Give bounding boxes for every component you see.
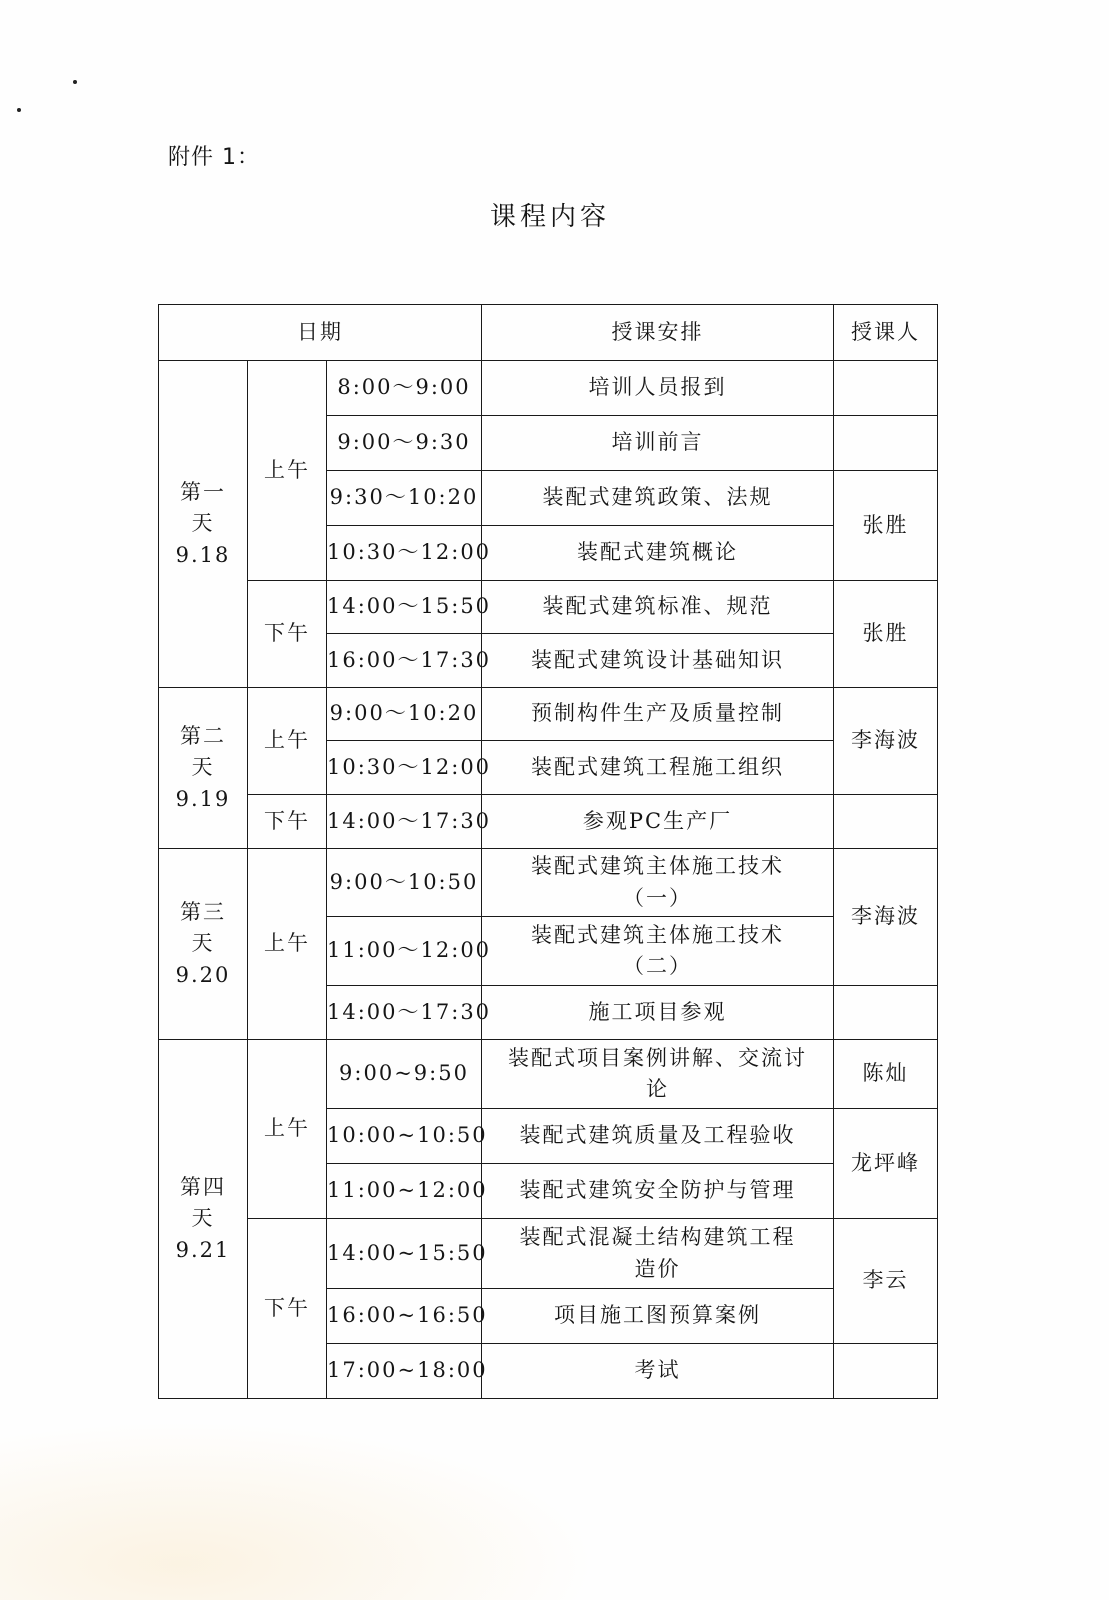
header-arrangement: 授课安排 <box>482 305 834 361</box>
topic-cell: 培训前言 <box>482 416 834 471</box>
period-cell: 上午 <box>248 361 327 581</box>
time-cell: 9:00~9:50 <box>327 1040 482 1109</box>
topic-line: 装配式混凝土结构建筑工程 <box>482 1222 833 1254</box>
teacher-cell <box>834 795 938 849</box>
day-label: 第一 <box>159 477 247 509</box>
topic-line: （二） <box>482 951 833 983</box>
topic-cell: 考试 <box>482 1344 834 1399</box>
header-teacher: 授课人 <box>834 305 938 361</box>
period-cell: 上午 <box>248 1040 327 1219</box>
header-row: 日期 授课安排 授课人 <box>159 305 938 361</box>
topic-line: 装配式建筑主体施工技术 <box>482 920 833 952</box>
day-date: 9.21 <box>159 1235 247 1267</box>
teacher-cell: 张胜 <box>834 581 938 688</box>
time-cell: 10:30～12:00 <box>327 526 482 581</box>
teacher-cell: 张胜 <box>834 471 938 581</box>
period-cell: 上午 <box>248 688 327 795</box>
topic-line: 装配式建筑主体施工技术 <box>482 851 833 883</box>
topic-cell: 装配式建筑主体施工技术 （二） <box>482 917 834 986</box>
day-label: 第四 <box>159 1172 247 1204</box>
teacher-cell: 陈灿 <box>834 1040 938 1109</box>
teacher-cell: 李海波 <box>834 688 938 795</box>
topic-cell: 装配式建筑概论 <box>482 526 834 581</box>
time-cell: 9:30～10:20 <box>327 471 482 526</box>
teacher-cell <box>834 1344 938 1399</box>
teacher-cell <box>834 361 938 416</box>
topic-cell: 装配式混凝土结构建筑工程 造价 <box>482 1219 834 1289</box>
day-date: 9.19 <box>159 784 247 816</box>
day-suffix: 天 <box>159 1203 247 1235</box>
topic-line: 装配式项目案例讲解、交流讨 <box>482 1043 833 1075</box>
header-date: 日期 <box>159 305 482 361</box>
day-cell: 第二 天 9.19 <box>159 688 248 849</box>
time-cell: 9:00～10:20 <box>327 688 482 741</box>
topic-cell: 预制构件生产及质量控制 <box>482 688 834 741</box>
day-label: 第三 <box>159 897 247 929</box>
day-date: 9.18 <box>159 540 247 572</box>
time-cell: 10:30～12:00 <box>327 741 482 795</box>
teacher-cell: 李云 <box>834 1219 938 1344</box>
table-row: 第三 天 9.20 上午 9:00～10:50 装配式建筑主体施工技术 （一） … <box>159 849 938 917</box>
topic-line: 论 <box>482 1074 833 1106</box>
time-cell: 16:00～17:30 <box>327 634 482 688</box>
topic-cell: 项目施工图预算案例 <box>482 1289 834 1344</box>
day-suffix: 天 <box>159 752 247 784</box>
topic-cell: 装配式建筑安全防护与管理 <box>482 1164 834 1219</box>
topic-cell: 培训人员报到 <box>482 361 834 416</box>
time-cell: 17:00~18:00 <box>327 1344 482 1399</box>
period-cell: 下午 <box>248 795 327 849</box>
time-cell: 8:00～9:00 <box>327 361 482 416</box>
attachment-label: 附件 1： <box>168 140 260 171</box>
day-cell: 第四 天 9.21 <box>159 1040 248 1399</box>
table-row: 第四 天 9.21 上午 9:00~9:50 装配式项目案例讲解、交流讨 论 陈… <box>159 1040 938 1109</box>
day-cell: 第一 天 9.18 <box>159 361 248 688</box>
table-row: 下午 14:00～17:30 参观PC生产厂 <box>159 795 938 849</box>
time-cell: 11:00~12:00 <box>327 1164 482 1219</box>
teacher-cell: 李海波 <box>834 849 938 986</box>
topic-cell: 装配式建筑设计基础知识 <box>482 634 834 688</box>
day-suffix: 天 <box>159 508 247 540</box>
teacher-cell <box>834 416 938 471</box>
topic-cell: 装配式建筑主体施工技术 （一） <box>482 849 834 917</box>
document-title: 课程内容 <box>0 196 1100 233</box>
topic-line: 造价 <box>482 1254 833 1286</box>
ink-speck <box>73 80 77 84</box>
teacher-cell <box>834 986 938 1040</box>
topic-cell: 装配式建筑工程施工组织 <box>482 741 834 795</box>
ink-speck <box>17 108 21 112</box>
topic-line: （一） <box>482 883 833 915</box>
day-suffix: 天 <box>159 928 247 960</box>
time-cell: 11:00～12:00 <box>327 917 482 986</box>
day-cell: 第三 天 9.20 <box>159 849 248 1040</box>
time-cell: 9:00～10:50 <box>327 849 482 917</box>
topic-cell: 施工项目参观 <box>482 986 834 1040</box>
paper-stain <box>0 1420 600 1600</box>
topic-cell: 参观PC生产厂 <box>482 795 834 849</box>
teacher-cell: 龙坪峰 <box>834 1109 938 1219</box>
time-cell: 10:00~10:50 <box>327 1109 482 1164</box>
period-cell: 下午 <box>248 1219 327 1399</box>
topic-cell: 装配式项目案例讲解、交流讨 论 <box>482 1040 834 1109</box>
time-cell: 14:00～17:30 <box>327 986 482 1040</box>
period-cell: 下午 <box>248 581 327 688</box>
topic-cell: 装配式建筑政策、法规 <box>482 471 834 526</box>
period-cell: 上午 <box>248 849 327 1040</box>
topic-cell: 装配式建筑质量及工程验收 <box>482 1109 834 1164</box>
day-label: 第二 <box>159 721 247 753</box>
course-schedule-table: 日期 授课安排 授课人 第一 天 9.18 上午 8:00～9:00 培训人员报… <box>158 304 938 1399</box>
time-cell: 14:00～15:50 <box>327 581 482 634</box>
time-cell: 14:00～17:30 <box>327 795 482 849</box>
time-cell: 14:00~15:50 <box>327 1219 482 1289</box>
day-date: 9.20 <box>159 960 247 992</box>
table-row: 第二 天 9.19 上午 9:00～10:20 预制构件生产及质量控制 李海波 <box>159 688 938 741</box>
table-row: 第一 天 9.18 上午 8:00～9:00 培训人员报到 <box>159 361 938 416</box>
time-cell: 9:00～9:30 <box>327 416 482 471</box>
topic-cell: 装配式建筑标准、规范 <box>482 581 834 634</box>
time-cell: 16:00~16:50 <box>327 1289 482 1344</box>
table-row: 下午 14:00~15:50 装配式混凝土结构建筑工程 造价 李云 <box>159 1219 938 1289</box>
table-row: 下午 14:00～15:50 装配式建筑标准、规范 张胜 <box>159 581 938 634</box>
